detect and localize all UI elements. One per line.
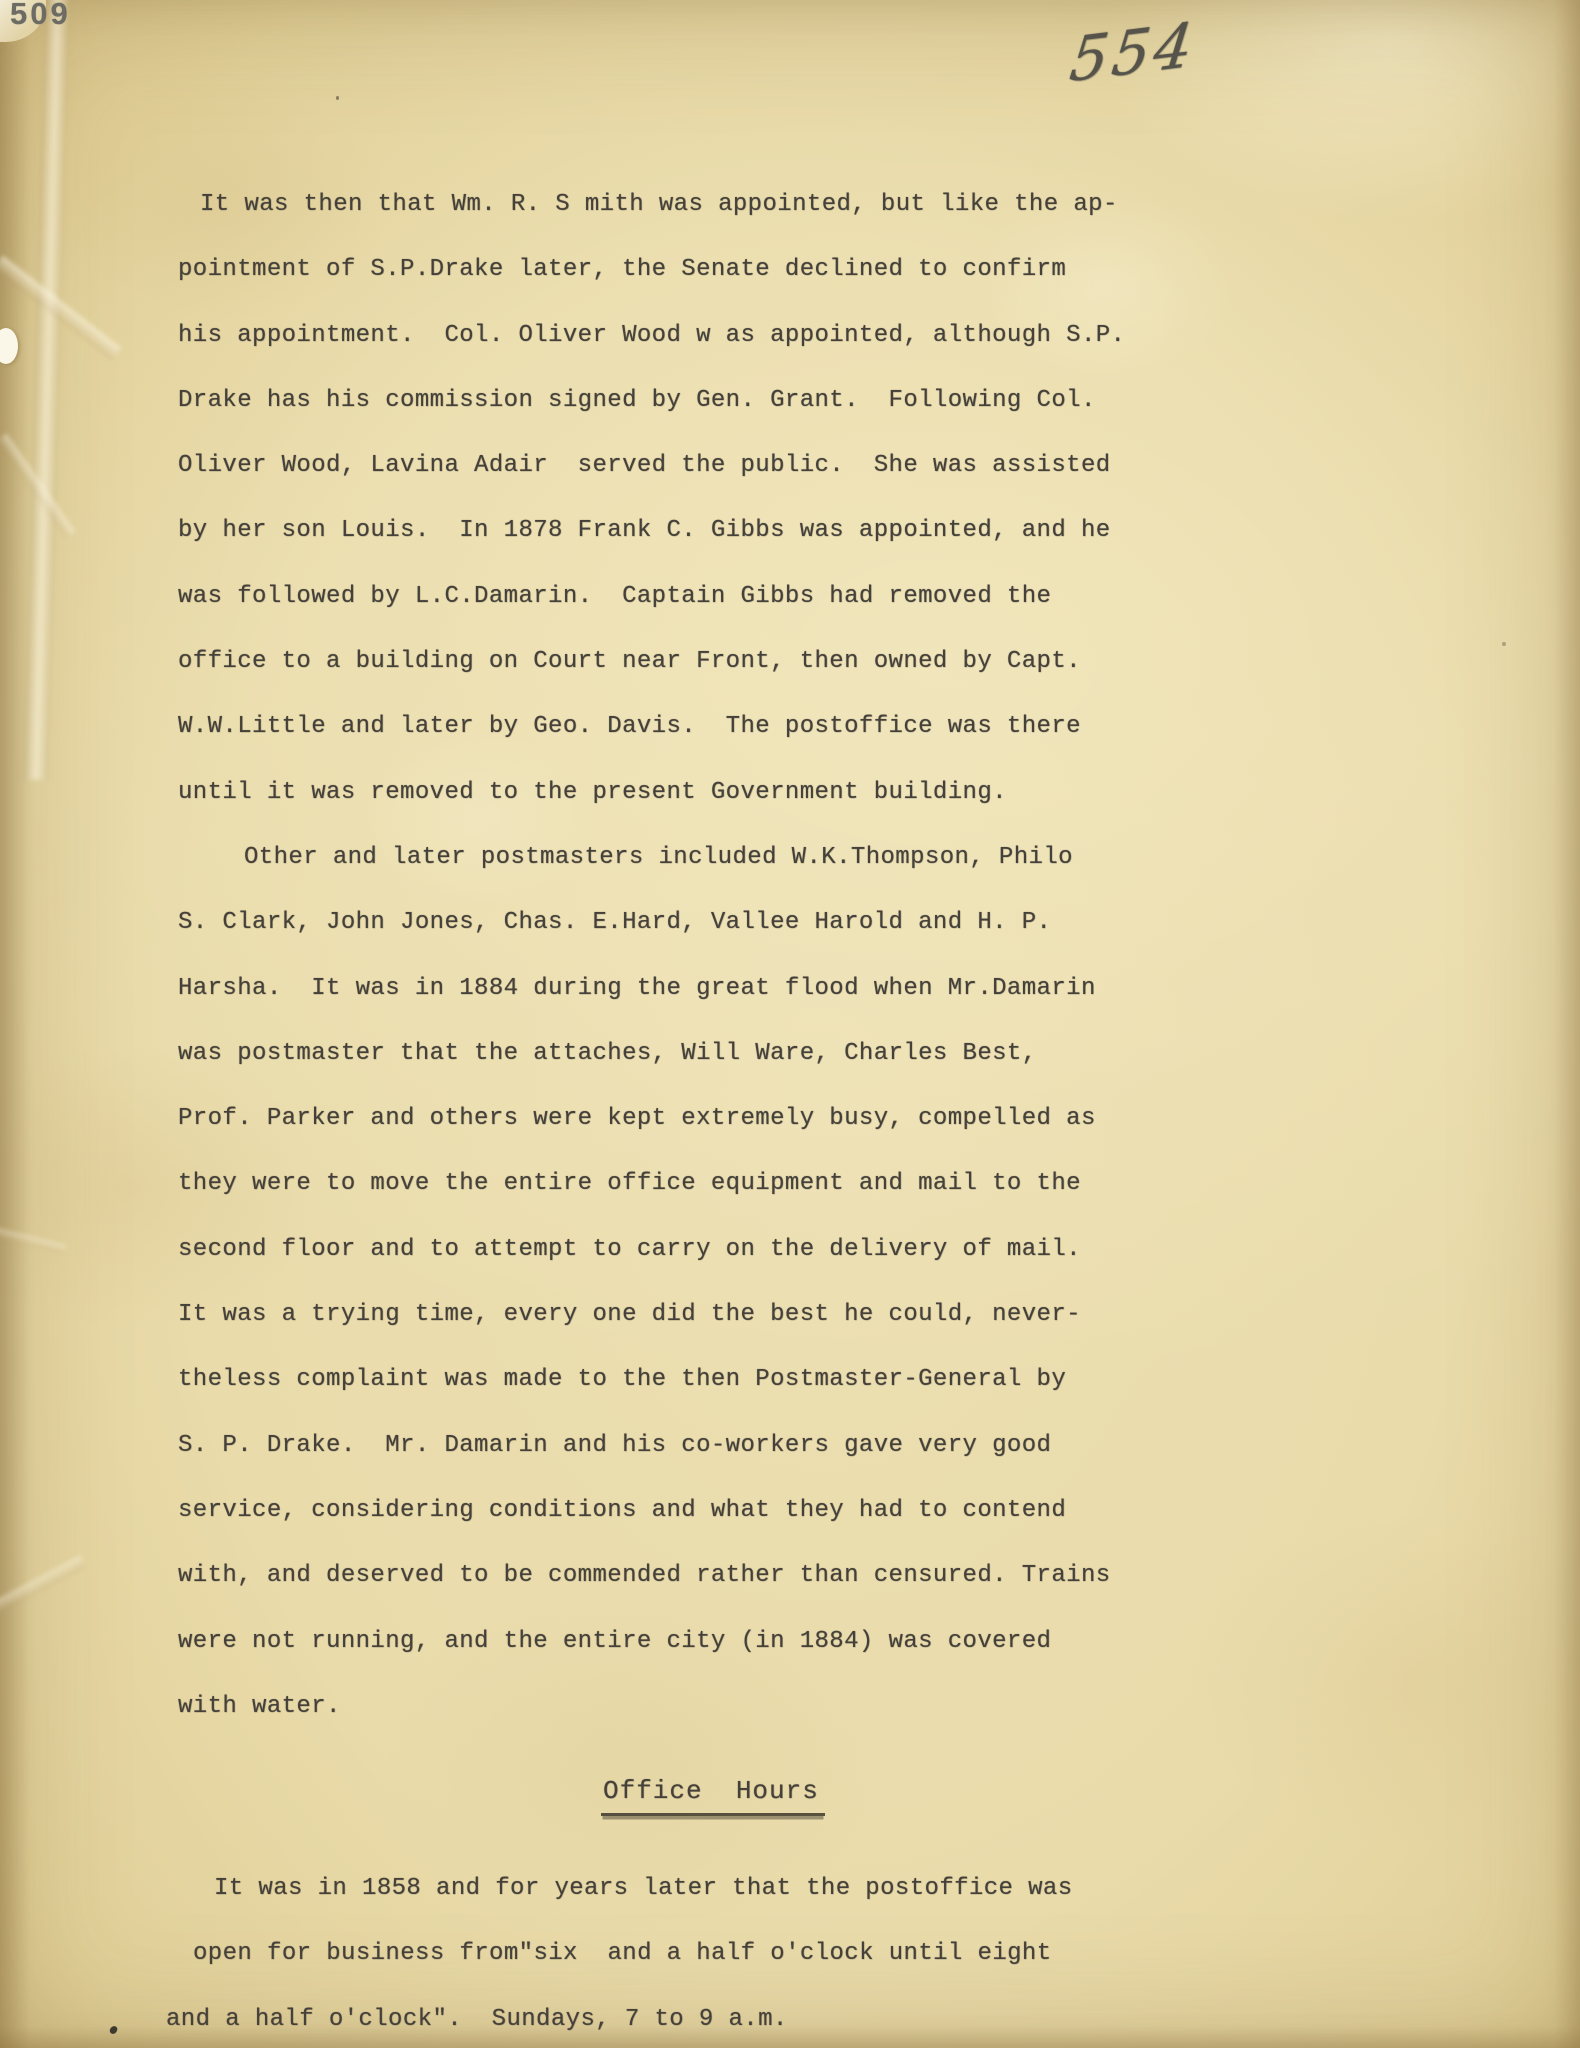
typed-line: was postmaster that the attaches, Will W… (178, 1021, 1111, 1086)
typed-line: open for business from"six and a half o'… (166, 1921, 1073, 1986)
typed-line: W.W.Little and later by Geo. Davis. The … (178, 694, 1125, 759)
typed-line: Prof. Parker and others were kept extrem… (178, 1086, 1111, 1151)
ink-speck (336, 96, 339, 100)
ink-speck (1502, 642, 1506, 646)
typed-line: with, and deserved to be commended rathe… (178, 1543, 1111, 1608)
paragraph-office-hours: It was in 1858 and for years later that … (166, 1856, 1073, 2048)
typed-line: S. P. Drake. Mr. Damarin and his co-work… (178, 1413, 1111, 1478)
typed-line: office to a building on Court near Front… (178, 629, 1125, 694)
typed-line: It was then that Wm. R. S mith was appoi… (178, 172, 1125, 237)
handwritten-page-number: 554 (1066, 9, 1200, 96)
printed-page-number: 509 (10, 0, 71, 32)
section-heading-office-hours: Office Hours (601, 1776, 825, 1816)
scanned-document-page: 509 554 It was then that Wm. R. S mith w… (0, 0, 1580, 2048)
typed-line: theless complaint was made to the then P… (178, 1347, 1111, 1412)
typed-line: Oliver Wood, Lavina Adair served the pub… (178, 433, 1125, 498)
paragraph-later-postmasters: Other and later postmasters included W.K… (178, 825, 1111, 1739)
typed-line: by her son Louis. In 1878 Frank C. Gibbs… (178, 498, 1125, 563)
typed-line: pointment of S.P.Drake later, the Senate… (178, 237, 1125, 302)
typed-line: were not running, and the entire city (i… (178, 1609, 1111, 1674)
typed-line: Other and later postmasters included W.K… (178, 825, 1111, 890)
typed-line: It was a trying time, every one did the … (178, 1282, 1111, 1347)
paper-crease (23, 0, 71, 780)
paper-edge-shadow-right (1554, 0, 1580, 2048)
typed-line: service, considering conditions and what… (178, 1478, 1111, 1543)
typed-line: was followed by L.C.Damarin. Captain Gib… (178, 564, 1125, 629)
typed-line: until it was removed to the present Gove… (178, 760, 1125, 825)
typed-line: with water. (178, 1674, 1111, 1739)
paper-edge-shadow-left (0, 0, 30, 2048)
typed-line: and a half o'clock". Sundays, 7 to 9 a.m… (166, 1987, 1073, 2048)
typed-line: Harsha. It was in 1884 during the great … (178, 956, 1111, 1021)
typed-line: second floor and to attempt to carry on … (178, 1217, 1111, 1282)
paragraph-appointments: It was then that Wm. R. S mith was appoi… (178, 172, 1125, 825)
typed-line: his appointment. Col. Oliver Wood w as a… (178, 303, 1125, 368)
typed-line: It was in 1858 and for years later that … (166, 1856, 1073, 1921)
typed-line: S. Clark, John Jones, Chas. E.Hard, Vall… (178, 890, 1111, 955)
typed-line: Drake has his commission signed by Gen. … (178, 368, 1125, 433)
typed-line: they were to move the entire office equi… (178, 1151, 1111, 1216)
